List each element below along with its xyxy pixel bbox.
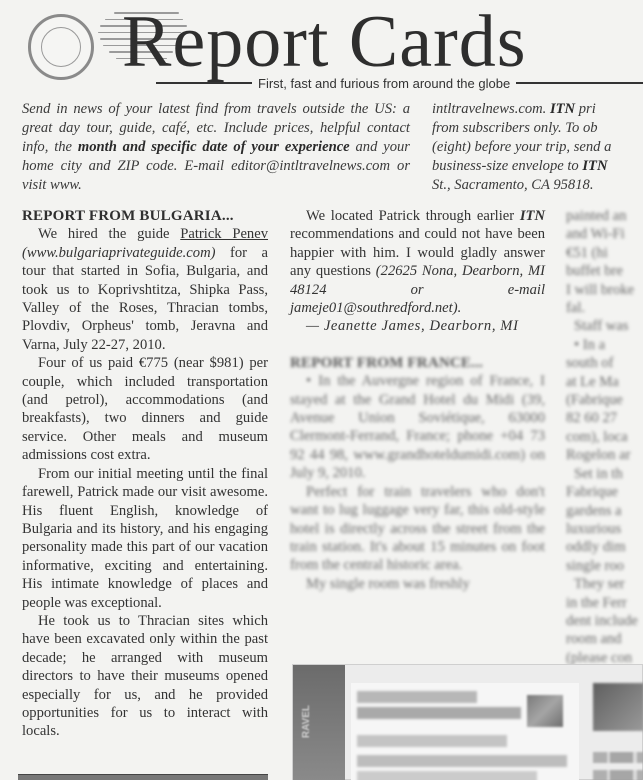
tagline-row: First, fast and furious from around the … (156, 74, 643, 92)
ad-right-thumbnail-image (593, 683, 643, 731)
article-bulgaria-column-2: We located Patrick through earlier ITN r… (290, 207, 545, 593)
website-screenshot-ad: RAVEL (292, 664, 643, 780)
tagline-rule-right (516, 82, 643, 84)
ad-content-panel (351, 683, 579, 780)
ad-row (357, 755, 567, 767)
newspaper-page: Report Cards First, fast and furious fro… (0, 0, 643, 780)
article-paragraph: • In the Auvergne region of France, I st… (290, 372, 545, 482)
intro-text: Send in news of your latest find from tr… (22, 100, 410, 195)
ad-row (357, 735, 507, 747)
postmark-stamp-icon (28, 14, 94, 80)
tagline: First, fast and furious from around the … (252, 76, 516, 91)
intro-emphasis: month and specific date of your experien… (78, 139, 350, 155)
guide-name-link[interactable]: Patrick Penev (180, 226, 268, 242)
ad-thumbnail-image (527, 695, 563, 727)
ad-right-text (593, 745, 643, 780)
article-bulgaria-column-1: REPORT FROM BULGARIA... We hired the gui… (22, 207, 268, 741)
ad-row (357, 707, 521, 719)
article-headline: REPORT FROM FRANCE... (290, 354, 545, 372)
article-paragraph: Four of us paid €775 (near $981) per cou… (22, 354, 268, 464)
article-paragraph: We hired the guide Patrick Penev (www.bu… (22, 225, 268, 354)
column-divider-rule (18, 774, 268, 780)
intro-text-continued: intltravelnews.com. ITN pri from subscri… (432, 100, 643, 195)
article-paragraph: My single room was freshly (290, 575, 545, 593)
article-france: REPORT FROM FRANCE... • In the Auvergne … (290, 354, 545, 593)
article-paragraph: We located Patrick through earlier ITN r… (290, 207, 545, 317)
tagline-rule-left (156, 82, 252, 84)
article-headline: REPORT FROM BULGARIA... (22, 207, 268, 225)
ad-row (357, 771, 537, 780)
ad-row (357, 691, 477, 703)
ad-sidebar: RAVEL (293, 665, 345, 780)
article-paragraph: From our initial meeting until the final… (22, 465, 268, 612)
postmark-inner-ring (41, 27, 81, 67)
article-paragraph: Perfect for train travelers who don't wa… (290, 483, 545, 575)
page-title: Report Cards (122, 0, 527, 84)
article-paragraph: He took us to Thracian sites which have … (22, 612, 268, 741)
masthead: Report Cards First, fast and furious fro… (0, 0, 643, 96)
author-signature: — Jeanette James, Dearborn, MI (290, 317, 545, 335)
article-france-column-3: painted an and Wi-Fi €51 (hi buffet bre … (566, 207, 643, 667)
guide-website: (www.bulgariaprivateguide.com) (22, 245, 215, 261)
